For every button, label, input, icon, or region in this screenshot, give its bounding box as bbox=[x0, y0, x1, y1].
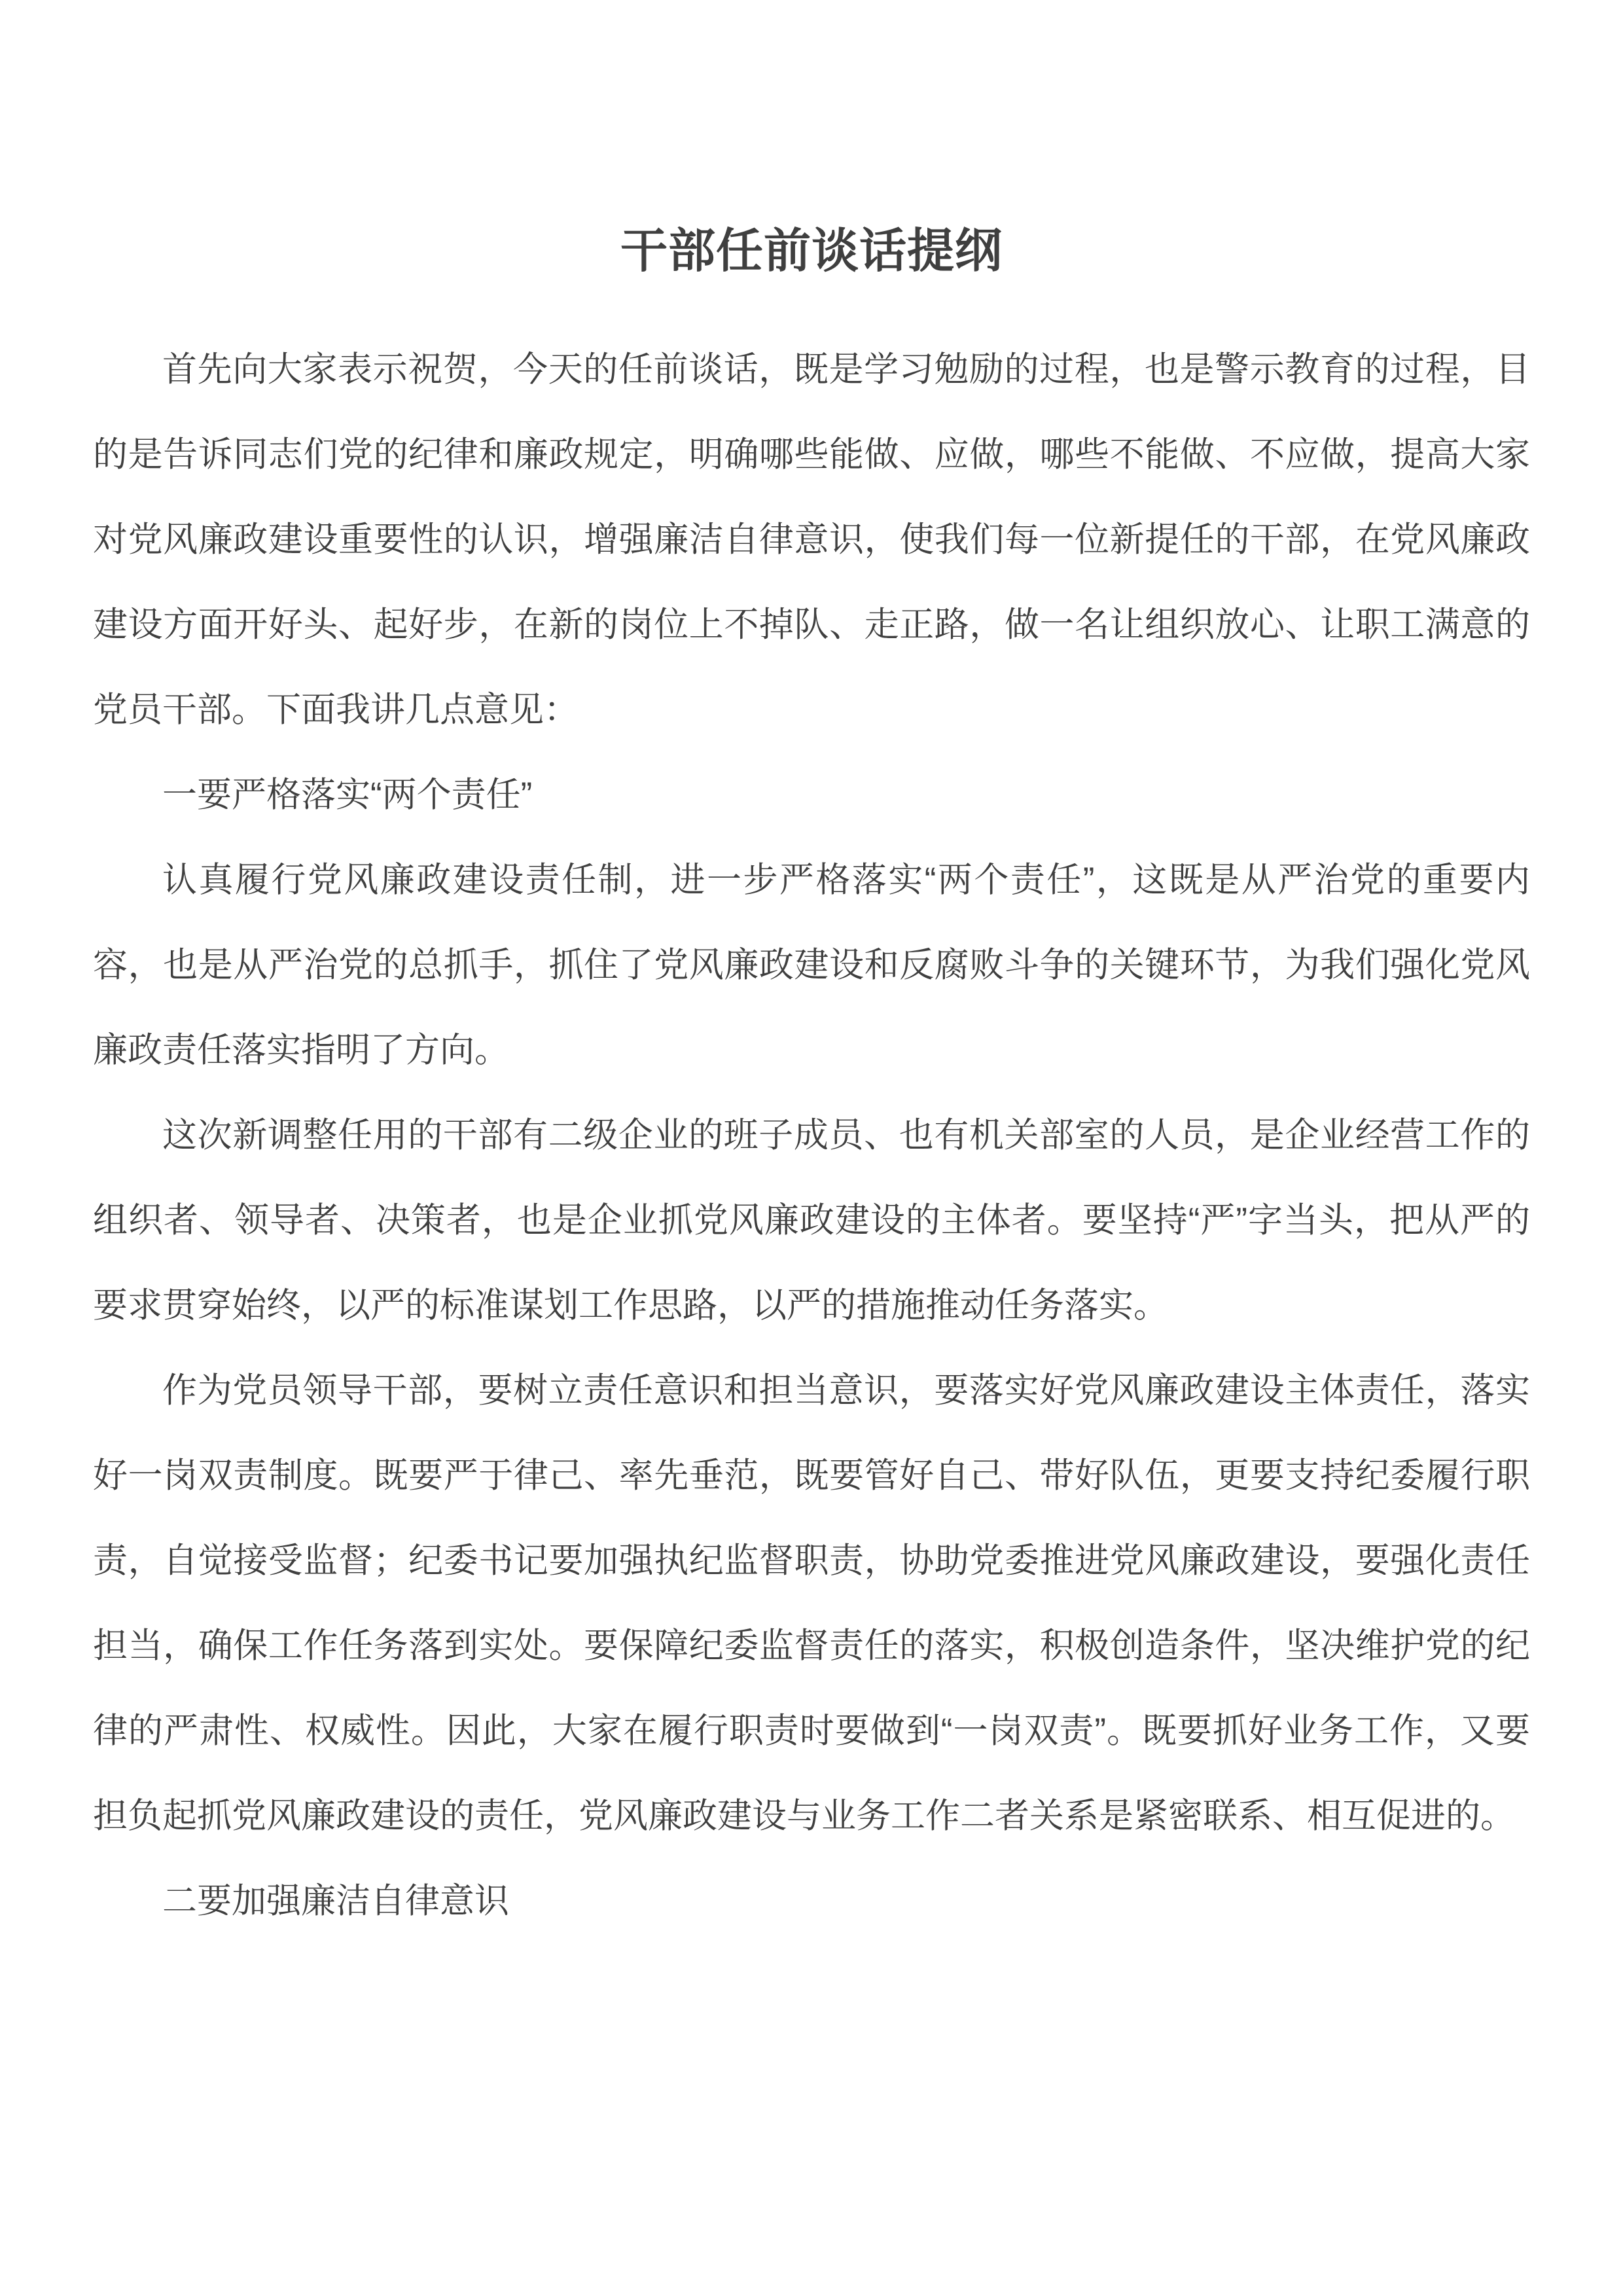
document-page: 干部任前谈话提纲 首先向大家表示祝贺，今天的任前谈话，既是学习勉励的过程，也是警… bbox=[0, 0, 1623, 2296]
document-title-text: 干部任前谈话提纲 bbox=[620, 225, 1003, 278]
section-heading-2: 二要加强廉洁自律意识 bbox=[93, 1859, 1530, 1944]
document-body: 首先向大家表示祝贺，今天的任前谈话，既是学习勉励的过程，也是警示教育的过程，目的… bbox=[93, 327, 1530, 1944]
document-title: 干部任前谈话提纲 bbox=[93, 216, 1530, 287]
paragraph-section1-b: 这次新调整任用的干部有二级企业的班子成员、也有机关部室的人员，是企业经营工作的组… bbox=[93, 1093, 1530, 1348]
paragraph-section1-c: 作为党员领导干部，要树立责任意识和担当意识，要落实好党风廉政建设主体责任，落实好… bbox=[93, 1348, 1530, 1859]
section-heading-1: 一要严格落实“两个责任” bbox=[93, 753, 1530, 838]
paragraph-intro: 首先向大家表示祝贺，今天的任前谈话，既是学习勉励的过程，也是警示教育的过程，目的… bbox=[93, 327, 1530, 753]
paragraph-section1-a: 认真履行党风廉政建设责任制，进一步严格落实“两个责任”，这既是从严治党的重要内容… bbox=[93, 838, 1530, 1093]
